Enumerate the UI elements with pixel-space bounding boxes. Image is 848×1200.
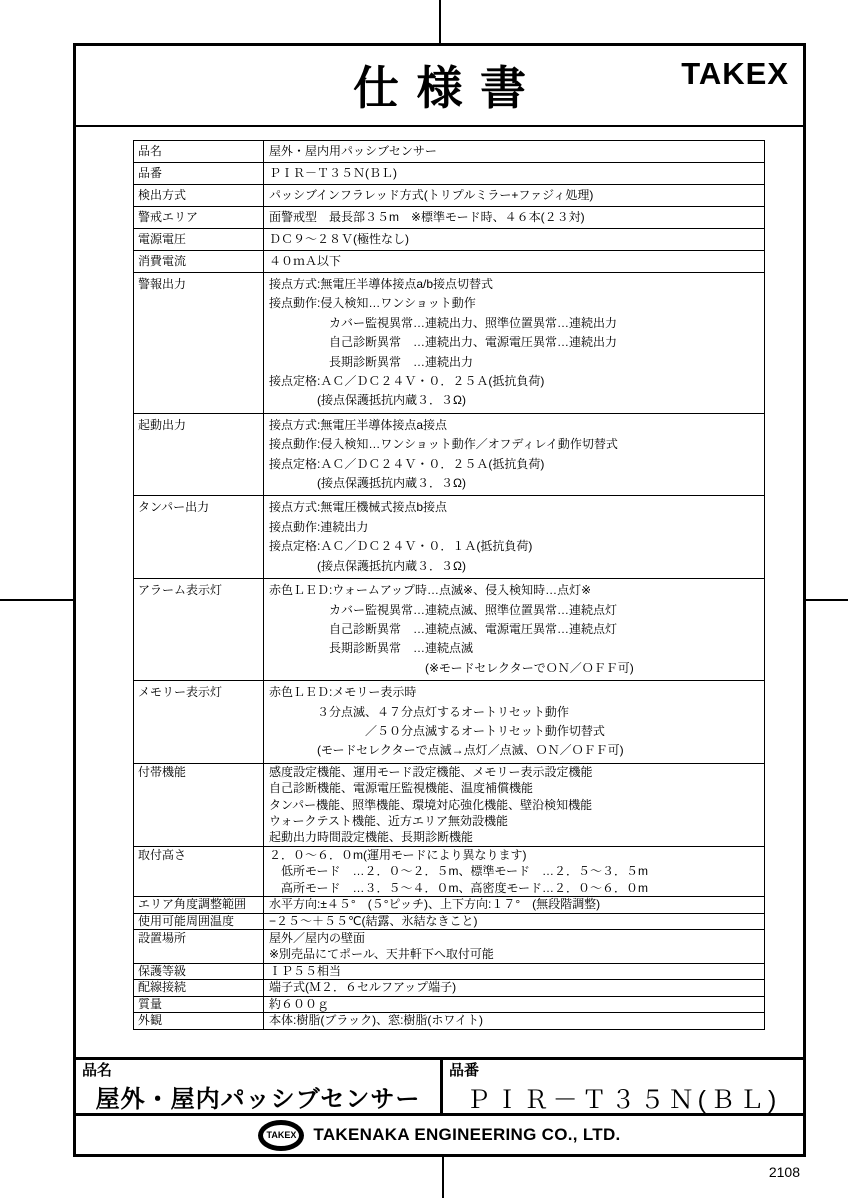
spec-label: 外観: [134, 1013, 264, 1029]
spec-label: 検出方式: [134, 185, 264, 206]
spec-row-protection-grade: 保護等級 ＩＰ５５相当: [134, 964, 764, 981]
spec-row-wiring-connection: 配線接続 端子式(Ｍ２．６セルフアップ端子): [134, 980, 764, 997]
spec-value: 屋外・屋内用パッシブセンサー: [264, 141, 764, 162]
spec-row-weight: 質量 約６００ｇ: [134, 997, 764, 1014]
footer-product-name-cell: 品名 屋外・屋内パッシブセンサー: [76, 1060, 443, 1113]
header-divider: [76, 125, 803, 127]
spec-label: 保護等級: [134, 964, 264, 980]
spec-value: 赤色ＬＥＤ:ウォームアップ時…点滅※、侵入検知時…点灯※ カバー監視異常…連続点…: [264, 579, 764, 680]
spec-label: 警戒エリア: [134, 207, 264, 228]
part-number-label: 品番: [449, 1062, 797, 1079]
spec-label: 品名: [134, 141, 264, 162]
spec-label: 質量: [134, 997, 264, 1013]
registration-mark-left: [0, 599, 73, 601]
spec-value: ４０ｍＡ以下: [264, 251, 764, 272]
takex-emblem-icon: TAKEX: [258, 1120, 304, 1151]
spec-label: エリア角度調整範囲: [134, 897, 264, 913]
footer-part-number: ＰＩＲ－Ｔ３５Ｎ(ＢＬ): [449, 1080, 797, 1113]
footer-product-name: 屋外・屋内パッシブセンサー: [82, 1079, 434, 1113]
spec-label: 取付高さ: [134, 847, 264, 896]
spec-row-appearance: 外観 本体:樹脂(ブラック)、窓:樹脂(ホワイト): [134, 1013, 764, 1029]
company-row: TAKEX TAKENAKA ENGINEERING CO., LTD.: [76, 1116, 803, 1154]
spec-label: 配線接続: [134, 980, 264, 996]
spec-value: 約６００ｇ: [264, 997, 764, 1013]
spec-row-trigger-output: 起動出力 接点方式:無電圧半導体接点a接点 接点動作:侵入検知…ワンショット動作…: [134, 414, 764, 497]
spec-label: メモリー表示灯: [134, 681, 264, 763]
footer-part-number-cell: 品番 ＰＩＲ－Ｔ３５Ｎ(ＢＬ): [443, 1060, 803, 1113]
spec-value: ２．０〜６．０m(運用モードにより異なります) 低所モード …２．０〜２．５m、…: [264, 847, 764, 896]
page-number: 2108: [756, 1164, 800, 1180]
footer-title-row: 品名 屋外・屋内パッシブセンサー 品番 ＰＩＲ－Ｔ３５Ｎ(ＢＬ): [76, 1057, 803, 1116]
spec-label: 設置場所: [134, 930, 264, 963]
spec-value: パッシブインフラレッド方式(トリプルミラー+ファジィ処理): [264, 185, 764, 206]
spec-value: 水平方向:±４５° (５°ピッチ)、上下方向:１７° (無段階調整): [264, 897, 764, 913]
spec-label: アラーム表示灯: [134, 579, 264, 680]
spec-row-current-consumption: 消費電流 ４０ｍＡ以下: [134, 251, 764, 273]
spec-row-part-number: 品番 ＰＩＲ－Ｔ３５Ｎ(ＢＬ): [134, 163, 764, 185]
spec-value: ＩＰ５５相当: [264, 964, 764, 980]
spec-value: 接点方式:無電圧半導体接点a/b接点切替式 接点動作:侵入検知…ワンショット動作…: [264, 273, 764, 413]
spec-label: 付帯機能: [134, 764, 264, 846]
spec-row-detection-area: 警戒エリア 面警戒型 最長部３５m ※標準モード時、４６本(２３対): [134, 207, 764, 229]
spec-label: 使用可能周囲温度: [134, 914, 264, 930]
spec-value: 赤色ＬＥＤ:メモリー表示時 ３分点滅、４７分点灯するオートリセット動作 ／５０分…: [264, 681, 764, 763]
spec-label: 品番: [134, 163, 264, 184]
spec-label: 警報出力: [134, 273, 264, 413]
spec-label: 消費電流: [134, 251, 264, 272]
registration-mark-top: [439, 0, 441, 43]
takex-emblem-text: TAKEX: [267, 1130, 297, 1140]
spec-label: タンパー出力: [134, 496, 264, 578]
spec-value: ＤＣ９〜２８Ｖ(極性なし): [264, 229, 764, 250]
registration-mark-right: [806, 599, 848, 601]
spec-row-product-name: 品名 屋外・屋内用パッシブセンサー: [134, 141, 764, 163]
spec-row-detection-method: 検出方式 パッシブインフラレッド方式(トリプルミラー+ファジィ処理): [134, 185, 764, 207]
footer: 品名 屋外・屋内パッシブセンサー 品番 ＰＩＲ－Ｔ３５Ｎ(ＢＬ) TAKEX T…: [76, 1057, 803, 1154]
spec-value: −２５〜＋５５℃(結露、氷結なきこと): [264, 914, 764, 930]
spec-row-memory-indicator: メモリー表示灯 赤色ＬＥＤ:メモリー表示時 ３分点滅、４７分点灯するオートリセッ…: [134, 681, 764, 764]
document-frame: 仕様書 TAKEX 品名 屋外・屋内用パッシブセンサー 品番 ＰＩＲ－Ｔ３５Ｎ(…: [73, 43, 806, 1157]
spec-row-mounting-height: 取付高さ ２．０〜６．０m(運用モードにより異なります) 低所モード …２．０〜…: [134, 847, 764, 897]
spec-row-tamper-output: タンパー出力 接点方式:無電圧機械式接点b接点 接点動作:連続出力 接点定格:Ａ…: [134, 496, 764, 579]
company-name: TAKENAKA ENGINEERING CO., LTD.: [313, 1125, 620, 1145]
spec-sheet-page: 仕様書 TAKEX 品名 屋外・屋内用パッシブセンサー 品番 ＰＩＲ－Ｔ３５Ｎ(…: [0, 0, 848, 1200]
spec-value: 本体:樹脂(ブラック)、窓:樹脂(ホワイト): [264, 1013, 764, 1029]
spec-value: 屋外／屋内の壁面 ※別売品にてポール、天井軒下へ取付可能: [264, 930, 764, 963]
spec-row-operating-temperature: 使用可能周囲温度 −２５〜＋５５℃(結露、氷結なきこと): [134, 914, 764, 931]
spec-value: 面警戒型 最長部３５m ※標準モード時、４６本(２３対): [264, 207, 764, 228]
spec-row-area-angle-range: エリア角度調整範囲 水平方向:±４５° (５°ピッチ)、上下方向:１７° (無段…: [134, 897, 764, 914]
spec-value: 接点方式:無電圧機械式接点b接点 接点動作:連続出力 接点定格:ＡＣ／ＤＣ２４Ｖ…: [264, 496, 764, 578]
spec-row-installation-location: 設置場所 屋外／屋内の壁面 ※別売品にてポール、天井軒下へ取付可能: [134, 930, 764, 964]
spec-label: 電源電圧: [134, 229, 264, 250]
spec-value: ＰＩＲ－Ｔ３５Ｎ(ＢＬ): [264, 163, 764, 184]
spec-row-additional-functions: 付帯機能 感度設定機能、運用モード設定機能、メモリー表示設定機能 自己診断機能、…: [134, 764, 764, 847]
product-name-label: 品名: [82, 1062, 434, 1079]
spec-value: 接点方式:無電圧半導体接点a接点 接点動作:侵入検知…ワンショット動作／オフディ…: [264, 414, 764, 496]
spec-label: 起動出力: [134, 414, 264, 496]
spec-row-alarm-output: 警報出力 接点方式:無電圧半導体接点a/b接点切替式 接点動作:侵入検知…ワンシ…: [134, 273, 764, 414]
spec-value: 感度設定機能、運用モード設定機能、メモリー表示設定機能 自己診断機能、電源電圧監…: [264, 764, 764, 846]
spec-row-power-voltage: 電源電圧 ＤＣ９〜２８Ｖ(極性なし): [134, 229, 764, 251]
spec-table: 品名 屋外・屋内用パッシブセンサー 品番 ＰＩＲ－Ｔ３５Ｎ(ＢＬ) 検出方式 パ…: [133, 140, 765, 1030]
spec-row-alarm-indicator: アラーム表示灯 赤色ＬＥＤ:ウォームアップ時…点滅※、侵入検知時…点灯※ カバー…: [134, 579, 764, 681]
registration-mark-bottom: [442, 1157, 444, 1198]
takex-brand-logo: TAKEX: [681, 56, 789, 92]
spec-value: 端子式(Ｍ２．６セルフアップ端子): [264, 980, 764, 996]
